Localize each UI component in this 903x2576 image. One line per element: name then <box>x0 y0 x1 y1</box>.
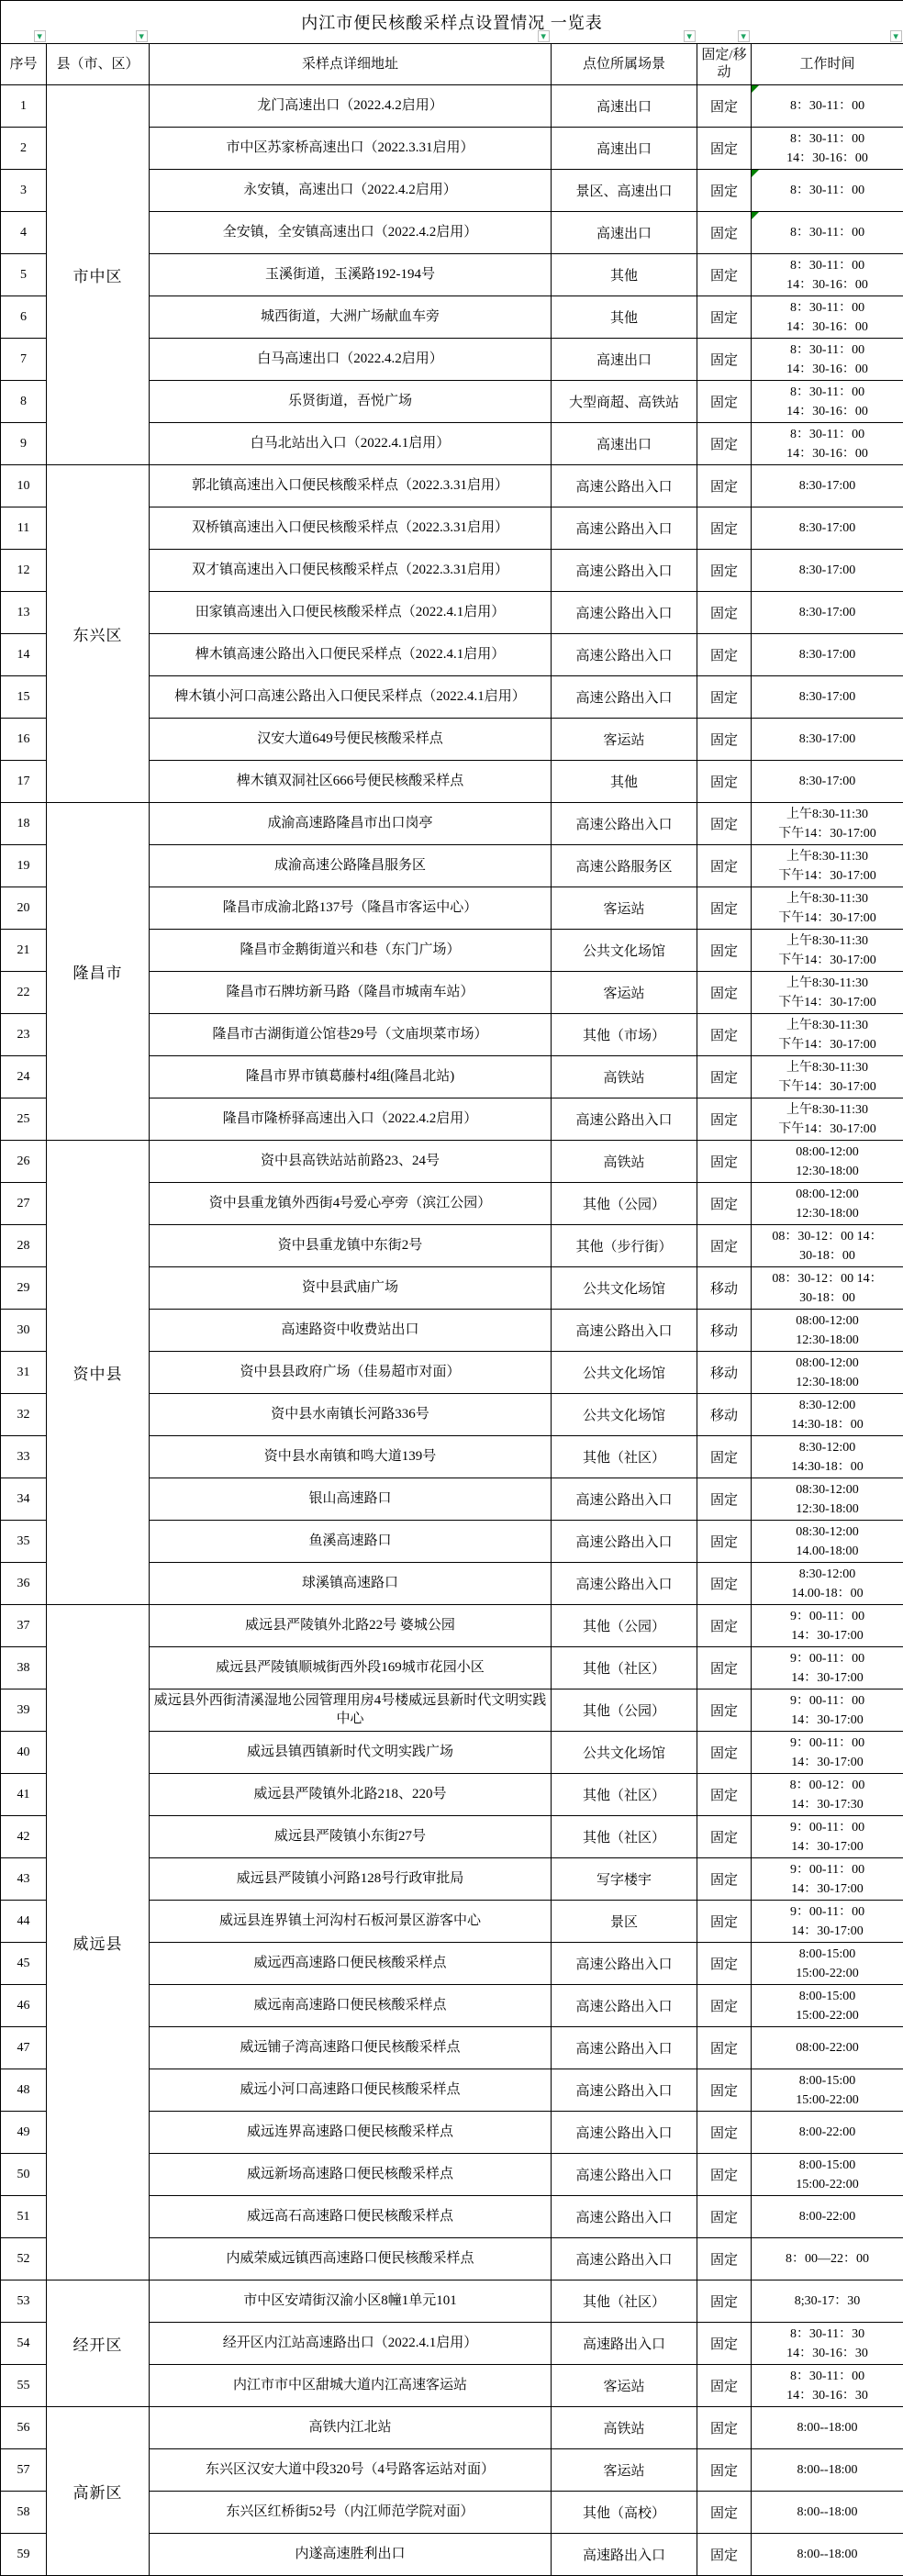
col-header-worktime: 工作时间 <box>752 44 903 85</box>
worktime-line: 12:30-18:00 <box>753 1204 901 1223</box>
worktime-line: 14.00-18:00 <box>753 1542 901 1561</box>
row-index-cell: 37 <box>1 1605 47 1647</box>
worktime-cell: 9：00-11：0014：30-17:00 <box>752 1605 903 1647</box>
row-index-cell: 4 <box>1 212 47 254</box>
address-cell: 椑木镇高速公路出入口便民采样点（2022.4.1启用） <box>150 634 552 676</box>
district-cell: 威远县 <box>47 1605 150 2280</box>
type-cell: 固定 <box>697 1563 752 1605</box>
col-header-scene: 点位所属场景 <box>552 44 697 85</box>
row-index-cell: 39 <box>1 1689 47 1732</box>
table-row: 56高新区高铁内江北站高铁站固定8:00--18:00 <box>1 2407 903 2449</box>
address-cell: 鱼溪高速路口 <box>150 1521 552 1563</box>
worktime-line: 9：00-11：00 <box>753 1649 901 1668</box>
worktime-cell: 08:00-22:00 <box>752 2027 903 2069</box>
worktime-line: 上午8:30-11:30 <box>753 974 901 993</box>
address-cell: 威远县镇西镇新时代文明实践广场 <box>150 1732 552 1774</box>
cell-note-triangle-icon <box>752 170 759 177</box>
worktime-line: 8:30-17:00 <box>753 730 901 749</box>
address-cell: 经开区内江站高速路出口（2022.4.1启用） <box>150 2323 552 2365</box>
address-cell: 汉安大道649号便民核酸采样点 <box>150 719 552 761</box>
worktime-line: 14:30-18：00 <box>753 1457 901 1477</box>
address-cell: 隆昌市成渝北路137号（隆昌市客运中心） <box>150 887 552 930</box>
row-index-cell: 17 <box>1 761 47 803</box>
worktime-cell: 上午8:30-11:30下午14：30-17:00 <box>752 1098 903 1141</box>
type-cell: 固定 <box>697 2196 752 2238</box>
worktime-line: 08:00-22:00 <box>753 2038 901 2057</box>
row-index-cell: 2 <box>1 128 47 170</box>
address-cell: 球溪镇高速路口 <box>150 1563 552 1605</box>
worktime-cell: 8:00--18:00 <box>752 2492 903 2534</box>
worktime-cell: 8：30-11：0014：30-16：00 <box>752 254 903 296</box>
worktime-cell: 上午8:30-11:30下午14：30-17:00 <box>752 1056 903 1098</box>
address-cell: 隆昌市古湖街道公馆巷29号（文庙坝菜市场） <box>150 1014 552 1056</box>
filter-arrow-glyph: ▼ <box>741 33 746 39</box>
scene-cell: 高速公路出入口 <box>552 2154 697 2196</box>
address-cell: 东兴区汉安大道中段320号（4号路客运站对面） <box>150 2449 552 2492</box>
scene-cell: 其他（市场） <box>552 1014 697 1056</box>
worktime-line: 9：00-11：00 <box>753 1818 901 1837</box>
address-cell: 龙门高速出口（2022.4.2启用） <box>150 85 552 128</box>
worktime-cell: 上午8:30-11:30下午14：30-17:00 <box>752 803 903 845</box>
worktime-line: 下午14：30-17:00 <box>753 824 901 843</box>
worktime-cell: 8：00-12：0014：30-17:30 <box>752 1774 903 1816</box>
worktime-line: 8:00-15:00 <box>753 2071 901 2091</box>
col-header-type: 固定/移动 <box>697 44 752 85</box>
address-cell: 市中区安靖街汉渝小区8幢1单元101 <box>150 2280 552 2323</box>
scene-cell: 高速出口 <box>552 423 697 465</box>
row-index-cell: 13 <box>1 592 47 634</box>
worktime-cell: 08:30-12:0014.00-18:00 <box>752 1521 903 1563</box>
worktime-cell: 8：30-11：0014：30-16：00 <box>752 423 903 465</box>
type-cell: 固定 <box>697 1901 752 1943</box>
worktime-cell: 8：30-11：0014：30-16：30 <box>752 2365 903 2407</box>
worktime-line: 08:30-12:00 <box>753 1522 901 1542</box>
worktime-cell: 8：00—22：00 <box>752 2238 903 2280</box>
worktime-line: 9：00-11：00 <box>753 1607 901 1626</box>
scene-cell: 大型商超、高铁站 <box>552 381 697 423</box>
row-index-cell: 41 <box>1 1774 47 1816</box>
worktime-cell: 8:00-15:0015:00-22:00 <box>752 2069 903 2112</box>
row-index-cell: 5 <box>1 254 47 296</box>
type-cell: 固定 <box>697 381 752 423</box>
worktime-line: 14：30-16：00 <box>753 444 901 463</box>
worktime-line: 9：00-11：00 <box>753 1734 901 1753</box>
type-cell: 固定 <box>697 845 752 887</box>
address-cell: 白马高速出口（2022.4.2启用） <box>150 339 552 381</box>
worktime-cell: 8:00-15:0015:00-22:00 <box>752 2154 903 2196</box>
row-index-cell: 3 <box>1 170 47 212</box>
worktime-line: 8：00-12：00 <box>753 1776 901 1795</box>
row-index-cell: 52 <box>1 2238 47 2280</box>
worktime-cell: 上午8:30-11:30下午14：30-17:00 <box>752 845 903 887</box>
scene-cell: 高速路出入口 <box>552 2323 697 2365</box>
worktime-cell: 8：30-11：0014：30-16：00 <box>752 339 903 381</box>
worktime-cell: 9：00-11：0014：30-17:00 <box>752 1647 903 1689</box>
type-cell: 固定 <box>697 592 752 634</box>
row-index-cell: 29 <box>1 1267 47 1310</box>
type-cell: 固定 <box>697 761 752 803</box>
scene-cell: 公共文化场馆 <box>552 1267 697 1310</box>
scene-cell: 景区、高速出口 <box>552 170 697 212</box>
address-cell: 内江市市中区甜城大道内江高速客运站 <box>150 2365 552 2407</box>
filter-dropdown-icon[interactable]: ▼ <box>738 30 750 42</box>
row-index-cell: 43 <box>1 1858 47 1901</box>
row-index-cell: 53 <box>1 2280 47 2323</box>
row-index-cell: 55 <box>1 2365 47 2407</box>
worktime-line: 8:30-17:00 <box>753 645 901 664</box>
scene-cell: 公共文化场馆 <box>552 930 697 972</box>
table-row: 26资中县资中县高铁站站前路23、24号高铁站固定08:00-12:0012:3… <box>1 1141 903 1183</box>
scene-cell: 客运站 <box>552 2365 697 2407</box>
row-index-cell: 57 <box>1 2449 47 2492</box>
scene-cell: 其他（社区） <box>552 1774 697 1816</box>
page-title-cell: 内江市便民核酸采样点设置情况 一览表 ▼ ▼ ▼ ▼ ▼ ▼ <box>1 1 903 44</box>
worktime-line: 14：30-16：00 <box>753 360 901 379</box>
address-cell: 资中县武庙广场 <box>150 1267 552 1310</box>
worktime-line: 14：30-17:00 <box>753 1753 901 1772</box>
type-cell: 固定 <box>697 170 752 212</box>
address-cell: 威远南高速路口便民核酸采样点 <box>150 1985 552 2027</box>
spreadsheet: 内江市便民核酸采样点设置情况 一览表 ▼ ▼ ▼ ▼ ▼ ▼ 序号 县（市、区）… <box>0 0 903 2576</box>
address-cell: 威远县严陵镇顺城街西外段169城市花园小区 <box>150 1647 552 1689</box>
worktime-line: 08:00-12:00 <box>753 1185 901 1204</box>
row-index-cell: 8 <box>1 381 47 423</box>
type-cell: 固定 <box>697 2449 752 2492</box>
row-index-cell: 50 <box>1 2154 47 2196</box>
worktime-line: 8:30-12:00 <box>753 1396 901 1415</box>
type-cell: 固定 <box>697 1521 752 1563</box>
type-cell: 固定 <box>697 2534 752 2576</box>
worktime-cell: 8:00-15:0015:00-22:00 <box>752 1943 903 1985</box>
scene-cell: 高速出口 <box>552 85 697 128</box>
type-cell: 固定 <box>697 887 752 930</box>
scene-cell: 高速公路出入口 <box>552 592 697 634</box>
row-index-cell: 16 <box>1 719 47 761</box>
address-cell: 田家镇高速出入口便民核酸采样点（2022.4.1启用） <box>150 592 552 634</box>
row-index-cell: 19 <box>1 845 47 887</box>
table-row: 53经开区市中区安靖街汉渝小区8幢1单元101其他（社区）固定8;30-17：3… <box>1 2280 903 2323</box>
worktime-line: 30-18：00 <box>753 1288 901 1308</box>
row-index-cell: 49 <box>1 2112 47 2154</box>
type-cell: 固定 <box>697 128 752 170</box>
worktime-line: 8:30-17:00 <box>753 519 901 538</box>
scene-cell: 高速公路出入口 <box>552 1478 697 1521</box>
district-cell: 资中县 <box>47 1141 150 1605</box>
scene-cell: 其他（社区） <box>552 2280 697 2323</box>
scene-cell: 公共文化场馆 <box>552 1394 697 1436</box>
type-cell: 固定 <box>697 634 752 676</box>
worktime-cell: 9：00-11：0014：30-17:00 <box>752 1732 903 1774</box>
address-cell: 成渝高速公路隆昌服务区 <box>150 845 552 887</box>
scene-cell: 其他（社区） <box>552 1816 697 1858</box>
worktime-cell: 上午8:30-11:30下午14：30-17:00 <box>752 972 903 1014</box>
row-index-cell: 44 <box>1 1901 47 1943</box>
scene-cell: 高速公路服务区 <box>552 845 697 887</box>
table-row: 1市中区龙门高速出口（2022.4.2启用）高速出口固定8：30-11：00 <box>1 85 903 128</box>
worktime-line: 12:30-18:00 <box>753 1373 901 1392</box>
worktime-cell: 9：00-11：0014：30-17:00 <box>752 1858 903 1901</box>
scene-cell: 高速公路出入口 <box>552 2238 697 2280</box>
address-cell: 全安镇，全安镇高速出口（2022.4.2启用） <box>150 212 552 254</box>
row-index-cell: 34 <box>1 1478 47 1521</box>
header-row: 序号 县（市、区） 采样点详细地址 点位所属场景 固定/移动 工作时间 <box>1 44 903 85</box>
row-index-cell: 14 <box>1 634 47 676</box>
worktime-line: 下午14：30-17:00 <box>753 993 901 1012</box>
type-cell: 固定 <box>697 1183 752 1225</box>
worktime-cell: 08:00-12:0012:30-18:00 <box>752 1141 903 1183</box>
type-cell: 固定 <box>697 1141 752 1183</box>
worktime-line: 9：00-11：00 <box>753 1902 901 1922</box>
scene-cell: 其他（公园） <box>552 1605 697 1647</box>
scene-cell: 高速公路出入口 <box>552 2196 697 2238</box>
address-cell: 威远新场高速路口便民核酸采样点 <box>150 2154 552 2196</box>
scene-cell: 高速公路出入口 <box>552 1943 697 1985</box>
col-header-no: 序号 <box>1 44 47 85</box>
row-index-cell: 1 <box>1 85 47 128</box>
scene-cell: 公共文化场馆 <box>552 1352 697 1394</box>
address-cell: 威远高石高速路口便民核酸采样点 <box>150 2196 552 2238</box>
scene-cell: 高速公路出入口 <box>552 676 697 719</box>
row-index-cell: 10 <box>1 465 47 507</box>
worktime-cell: 8:30-12:0014:30-18：00 <box>752 1394 903 1436</box>
row-index-cell: 48 <box>1 2069 47 2112</box>
type-cell: 固定 <box>697 2365 752 2407</box>
type-cell: 固定 <box>697 85 752 128</box>
worktime-cell: 8：30-11：3014：30-16：30 <box>752 2323 903 2365</box>
worktime-line: 14：30-17:00 <box>753 1922 901 1941</box>
row-index-cell: 45 <box>1 1943 47 1985</box>
row-index-cell: 9 <box>1 423 47 465</box>
worktime-line: 8:00-15:00 <box>753 1987 901 2006</box>
row-index-cell: 25 <box>1 1098 47 1141</box>
scene-cell: 其他（社区） <box>552 1647 697 1689</box>
worktime-cell: 8:00--18:00 <box>752 2449 903 2492</box>
row-index-cell: 32 <box>1 1394 47 1436</box>
worktime-line: 08：30-12：00 14： <box>753 1227 901 1246</box>
worktime-line: 下午14：30-17:00 <box>753 1035 901 1054</box>
type-cell: 固定 <box>697 550 752 592</box>
worktime-cell: 8:30-17:00 <box>752 634 903 676</box>
scene-cell: 高速出口 <box>552 339 697 381</box>
sampling-points-table: 内江市便民核酸采样点设置情况 一览表 ▼ ▼ ▼ ▼ ▼ ▼ 序号 县（市、区）… <box>0 0 903 2576</box>
filter-arrow-glyph: ▼ <box>893 33 898 39</box>
worktime-cell: 9：00-11：0014：30-17:00 <box>752 1901 903 1943</box>
worktime-line: 14：30-17:30 <box>753 1795 901 1814</box>
row-index-cell: 28 <box>1 1225 47 1267</box>
scene-cell: 高速公路出入口 <box>552 465 697 507</box>
scene-cell: 公共文化场馆 <box>552 1732 697 1774</box>
scene-cell: 高速出口 <box>552 128 697 170</box>
worktime-cell: 8:00-15:0015:00-22:00 <box>752 1985 903 2027</box>
address-cell: 资中县县政府广场（佳易超市对面） <box>150 1352 552 1394</box>
type-cell: 固定 <box>697 254 752 296</box>
row-index-cell: 54 <box>1 2323 47 2365</box>
worktime-line: 8：30-11：00 <box>753 256 901 275</box>
filter-dropdown-icon[interactable]: ▼ <box>890 30 902 42</box>
address-cell: 椑木镇双洞社区666号便民核酸采样点 <box>150 761 552 803</box>
worktime-line: 15:00-22:00 <box>753 2175 901 2194</box>
worktime-cell: 9：00-11：0014：30-17:00 <box>752 1689 903 1732</box>
district-cell: 隆昌市 <box>47 803 150 1141</box>
row-index-cell: 15 <box>1 676 47 719</box>
worktime-line: 8:00-15:00 <box>753 2156 901 2175</box>
worktime-cell: 8;30-17：30 <box>752 2280 903 2323</box>
worktime-line: 30-18：00 <box>753 1246 901 1266</box>
type-cell: 固定 <box>697 2027 752 2069</box>
scene-cell: 客运站 <box>552 719 697 761</box>
row-index-cell: 6 <box>1 296 47 339</box>
type-cell: 固定 <box>697 2280 752 2323</box>
worktime-line: 上午8:30-11:30 <box>753 805 901 824</box>
worktime-line: 12:30-18:00 <box>753 1500 901 1519</box>
filter-dropdown-icon[interactable]: ▼ <box>684 30 696 42</box>
filter-arrow-glyph: ▼ <box>686 33 692 39</box>
worktime-cell: 8：30-11：0014：30-16：00 <box>752 296 903 339</box>
row-index-cell: 46 <box>1 1985 47 2027</box>
scene-cell: 高速公路出入口 <box>552 550 697 592</box>
col-header-address: 采样点详细地址 <box>150 44 552 85</box>
worktime-line: 14：30-16：00 <box>753 149 901 168</box>
type-cell: 固定 <box>697 2323 752 2365</box>
address-cell: 永安镇，高速出口（2022.4.2启用） <box>150 170 552 212</box>
worktime-line: 8：30-11：00 <box>753 298 901 318</box>
address-cell: 资中县水南镇长河路336号 <box>150 1394 552 1436</box>
address-cell: 隆昌市界市镇葛藤村4组(隆昌北站) <box>150 1056 552 1098</box>
filter-arrow-glyph: ▼ <box>541 33 546 39</box>
filter-arrow-glyph: ▼ <box>37 33 42 39</box>
row-index-cell: 11 <box>1 507 47 550</box>
worktime-line: 上午8:30-11:30 <box>753 1100 901 1120</box>
address-cell: 资中县高铁站站前路23、24号 <box>150 1141 552 1183</box>
type-cell: 固定 <box>697 507 752 550</box>
worktime-line: 8：00—22：00 <box>753 2249 901 2269</box>
type-cell: 移动 <box>697 1310 752 1352</box>
worktime-cell: 8:30-17:00 <box>752 676 903 719</box>
address-cell: 威远连界高速路口便民核酸采样点 <box>150 2112 552 2154</box>
scene-cell: 写字楼宇 <box>552 1858 697 1901</box>
worktime-cell: 8:30-12:0014:30-18：00 <box>752 1436 903 1478</box>
type-cell: 固定 <box>697 1605 752 1647</box>
worktime-cell: 08：30-12：00 14：30-18：00 <box>752 1267 903 1310</box>
worktime-line: 14：30-17:00 <box>753 1837 901 1857</box>
worktime-line: 08：30-12：00 14： <box>753 1269 901 1288</box>
row-index-cell: 35 <box>1 1521 47 1563</box>
type-cell: 固定 <box>697 1436 752 1478</box>
row-index-cell: 24 <box>1 1056 47 1098</box>
worktime-line: 15:00-22:00 <box>753 2006 901 2025</box>
type-cell: 固定 <box>697 465 752 507</box>
filter-dropdown-icon[interactable]: ▼ <box>34 30 46 42</box>
row-index-cell: 23 <box>1 1014 47 1056</box>
row-index-cell: 58 <box>1 2492 47 2534</box>
scene-cell: 其他（步行街） <box>552 1225 697 1267</box>
scene-cell: 客运站 <box>552 2449 697 2492</box>
worktime-cell: 8:30-17:00 <box>752 761 903 803</box>
type-cell: 固定 <box>697 423 752 465</box>
address-cell: 内威荣威远镇西高速路口便民核酸采样点 <box>150 2238 552 2280</box>
address-cell: 高速路资中收费站出口 <box>150 1310 552 1352</box>
worktime-line: 12:30-18:00 <box>753 1331 901 1350</box>
type-cell: 固定 <box>697 2154 752 2196</box>
scene-cell: 其他（社区） <box>552 1436 697 1478</box>
worktime-cell: 上午8:30-11:30下午14：30-17:00 <box>752 930 903 972</box>
type-cell: 固定 <box>697 296 752 339</box>
worktime-line: 15:00-22:00 <box>753 2091 901 2110</box>
table-body: 1市中区龙门高速出口（2022.4.2启用）高速出口固定8：30-11：002市… <box>1 85 903 2576</box>
address-cell: 乐贤街道，吾悦广场 <box>150 381 552 423</box>
row-index-cell: 26 <box>1 1141 47 1183</box>
worktime-line: 下午14：30-17:00 <box>753 909 901 928</box>
type-cell: 固定 <box>697 803 752 845</box>
address-cell: 威远县严陵镇外北路218、220号 <box>150 1774 552 1816</box>
worktime-line: 上午8:30-11:30 <box>753 847 901 866</box>
worktime-line: 8:30-17:00 <box>753 687 901 707</box>
worktime-line: 08:00-12:00 <box>753 1311 901 1331</box>
table-row: 37威远县威远县严陵镇外北路22号 婆城公园其他（公园）固定9：00-11：00… <box>1 1605 903 1647</box>
type-cell: 固定 <box>697 2492 752 2534</box>
worktime-line: 14.00-18：00 <box>753 1584 901 1603</box>
row-index-cell: 30 <box>1 1310 47 1352</box>
scene-cell: 高速公路出入口 <box>552 2069 697 2112</box>
scene-cell: 高速公路出入口 <box>552 2112 697 2154</box>
address-cell: 成渝高速路隆昌市出口岗亭 <box>150 803 552 845</box>
scene-cell: 其他（高校） <box>552 2492 697 2534</box>
worktime-line: 8:00--18:00 <box>753 2503 901 2522</box>
worktime-cell: 上午8:30-11:30下午14：30-17:00 <box>752 887 903 930</box>
worktime-line: 8：30-11：00 <box>753 223 901 242</box>
type-cell: 移动 <box>697 1394 752 1436</box>
row-index-cell: 7 <box>1 339 47 381</box>
worktime-line: 8：30-11：00 <box>753 340 901 360</box>
type-cell: 固定 <box>697 972 752 1014</box>
scene-cell: 高速路出入口 <box>552 2534 697 2576</box>
address-cell: 高铁内江北站 <box>150 2407 552 2449</box>
type-cell: 固定 <box>697 1943 752 1985</box>
worktime-line: 9：00-11：00 <box>753 1691 901 1711</box>
worktime-line: 上午8:30-11:30 <box>753 1016 901 1035</box>
worktime-line: 8;30-17：30 <box>753 2292 901 2311</box>
worktime-line: 14：30-17:00 <box>753 1668 901 1688</box>
worktime-cell: 8:00-22:00 <box>752 2196 903 2238</box>
address-cell: 市中区苏家桥高速出口（2022.3.31启用） <box>150 128 552 170</box>
worktime-cell: 8:30-12:0014.00-18：00 <box>752 1563 903 1605</box>
worktime-cell: 8:30-17:00 <box>752 719 903 761</box>
title-row: 内江市便民核酸采样点设置情况 一览表 ▼ ▼ ▼ ▼ ▼ ▼ <box>1 1 903 44</box>
worktime-cell: 8:30-17:00 <box>752 550 903 592</box>
page-title: 内江市便民核酸采样点设置情况 一览表 <box>301 14 603 32</box>
worktime-line: 上午8:30-11:30 <box>753 931 901 951</box>
address-cell: 郭北镇高速出入口便民核酸采样点（2022.3.31启用） <box>150 465 552 507</box>
address-cell: 双才镇高速出入口便民核酸采样点（2022.3.31启用） <box>150 550 552 592</box>
worktime-line: 14：30-17:00 <box>753 1626 901 1645</box>
row-index-cell: 12 <box>1 550 47 592</box>
type-cell: 固定 <box>697 1774 752 1816</box>
row-index-cell: 56 <box>1 2407 47 2449</box>
worktime-cell: 8：30-11：00 <box>752 212 903 254</box>
address-cell: 威远铺子湾高速路口便民核酸采样点 <box>150 2027 552 2069</box>
worktime-line: 08:30-12:00 <box>753 1480 901 1500</box>
district-cell: 东兴区 <box>47 465 150 803</box>
worktime-line: 14：30-16：30 <box>753 2386 901 2405</box>
scene-cell: 高速公路出入口 <box>552 1098 697 1141</box>
filter-dropdown-icon[interactable]: ▼ <box>136 30 148 42</box>
scene-cell: 高速公路出入口 <box>552 1563 697 1605</box>
row-index-cell: 47 <box>1 2027 47 2069</box>
filter-dropdown-icon[interactable]: ▼ <box>538 30 550 42</box>
scene-cell: 高速公路出入口 <box>552 1985 697 2027</box>
scene-cell: 其他（公园） <box>552 1689 697 1732</box>
worktime-line: 8:30-17:00 <box>753 603 901 622</box>
